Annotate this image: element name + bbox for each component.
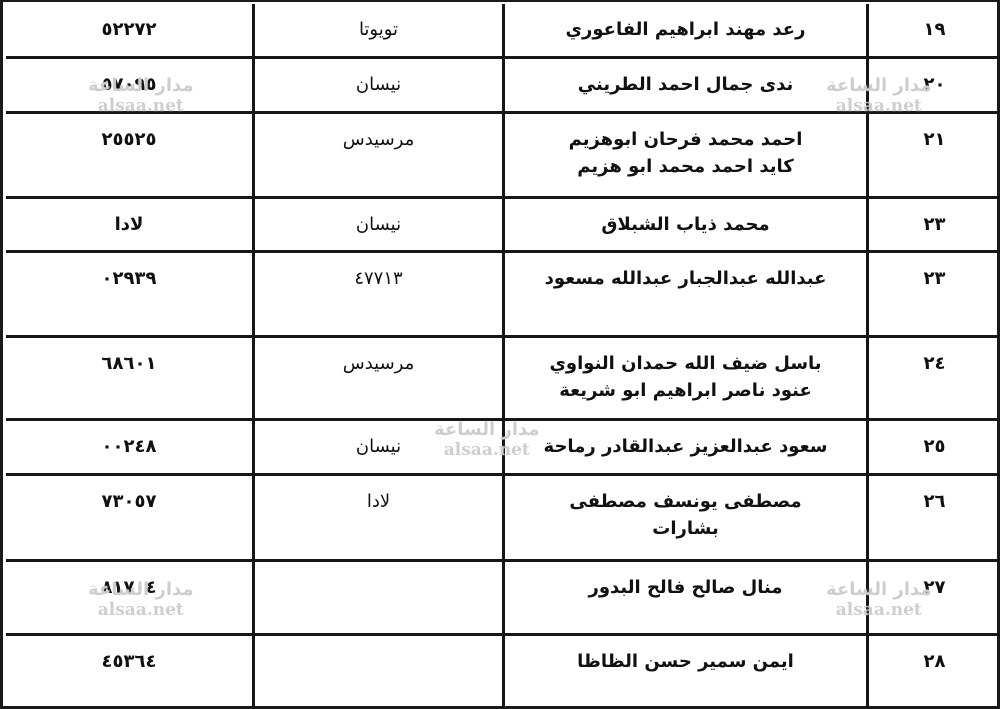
cell-number: ٢١ bbox=[868, 112, 1000, 197]
cell-number: ٢٦ bbox=[868, 474, 1000, 560]
cell-plate: ٨١٧٠٤ bbox=[6, 560, 254, 634]
cell-plate: ٧٣٠٥٧ bbox=[6, 474, 254, 560]
table-row: ٢١ احمد محمد فرحان ابوهزيم كايد احمد محم… bbox=[6, 112, 1000, 197]
cell-car-make: مرسيدس bbox=[254, 112, 504, 197]
table-row: ٢٤ باسل ضيف الله حمدان النواوي عنود ناصر… bbox=[6, 336, 1000, 419]
cell-name: ايمن سمير حسن الظاظا bbox=[504, 634, 868, 709]
cell-number: ٢٥ bbox=[868, 419, 1000, 474]
cell-car-make bbox=[254, 634, 504, 709]
cell-plate: ٦٨٦٠١ bbox=[6, 336, 254, 419]
name-line: باسل ضيف الله حمدان النواوي bbox=[505, 350, 866, 377]
cell-number: ٢٧ bbox=[868, 560, 1000, 634]
name-line: كايد احمد محمد ابو هزيم bbox=[505, 153, 866, 180]
table-row: ٢٦ مصطفى يونسف مصطفى بشارات لادا ٧٣٠٥٧ bbox=[6, 474, 1000, 560]
cell-name: عبدالله عبدالجبار عبدالله مسعود bbox=[504, 251, 868, 336]
cell-car-make bbox=[254, 560, 504, 634]
vehicle-roster-table: ١٩ رعد مهند ابراهيم الفاعوري تويوتا ٥٢٢٧… bbox=[6, 4, 1000, 709]
cell-name: سعود عبدالعزيز عبدالقادر رماحة bbox=[504, 419, 868, 474]
table-row: ٢٥ سعود عبدالعزيز عبدالقادر رماحة نيسان … bbox=[6, 419, 1000, 474]
cell-plate: ٤٥٣٦٤ bbox=[6, 634, 254, 709]
cell-car-make: مرسيدس bbox=[254, 336, 504, 419]
cell-number: ٢٤ bbox=[868, 336, 1000, 419]
cell-car-make: لادا bbox=[254, 474, 504, 560]
table-body: ١٩ رعد مهند ابراهيم الفاعوري تويوتا ٥٢٢٧… bbox=[6, 4, 1000, 709]
document-page: ١٩ رعد مهند ابراهيم الفاعوري تويوتا ٥٢٢٧… bbox=[0, 0, 1000, 709]
cell-car-make: تويوتا bbox=[254, 4, 504, 57]
name-line: سعود عبدالعزيز عبدالقادر رماحة bbox=[505, 433, 866, 460]
cell-car-make: نيسان bbox=[254, 57, 504, 112]
cell-name: باسل ضيف الله حمدان النواوي عنود ناصر اب… bbox=[504, 336, 868, 419]
table-row: ١٩ رعد مهند ابراهيم الفاعوري تويوتا ٥٢٢٧… bbox=[6, 4, 1000, 57]
cell-name: رعد مهند ابراهيم الفاعوري bbox=[504, 4, 868, 57]
cell-plate: ٥٢٢٧٢ bbox=[6, 4, 254, 57]
name-line: مصطفى يونسف مصطفى bbox=[505, 488, 866, 515]
cell-car-make: ٤٧٧١٣ bbox=[254, 251, 504, 336]
name-line: بشارات bbox=[505, 515, 866, 542]
name-line: احمد محمد فرحان ابوهزيم bbox=[505, 126, 866, 153]
name-line: محمد ذياب الشبلاق bbox=[505, 211, 866, 238]
cell-car-make: نيسان bbox=[254, 419, 504, 474]
table-row: ٢٠ ندى جمال احمد الطريني نيسان ٥٧٠٩٥ bbox=[6, 57, 1000, 112]
cell-number: ١٩ bbox=[868, 4, 1000, 57]
name-line: عنود ناصر ابراهيم ابو شريعة bbox=[505, 377, 866, 404]
table-row: ٢٨ ايمن سمير حسن الظاظا ٤٥٣٦٤ bbox=[6, 634, 1000, 709]
name-line: ايمن سمير حسن الظاظا bbox=[505, 648, 866, 675]
name-line: منال صالح فالح البدور bbox=[505, 574, 866, 601]
table-row: ٢٣ عبدالله عبدالجبار عبدالله مسعود ٤٧٧١٣… bbox=[6, 251, 1000, 336]
cell-number: ٢٣ bbox=[868, 197, 1000, 251]
cell-name: احمد محمد فرحان ابوهزيم كايد احمد محمد ا… bbox=[504, 112, 868, 197]
cell-plate: ٠٢٩٣٩ bbox=[6, 251, 254, 336]
cell-name: محمد ذياب الشبلاق bbox=[504, 197, 868, 251]
cell-number: ٢٠ bbox=[868, 57, 1000, 112]
name-line: عبدالله عبدالجبار عبدالله مسعود bbox=[505, 265, 866, 292]
cell-plate: ٠٠٢٤٨ bbox=[6, 419, 254, 474]
cell-name: منال صالح فالح البدور bbox=[504, 560, 868, 634]
cell-number: ٢٨ bbox=[868, 634, 1000, 709]
name-line: رعد مهند ابراهيم الفاعوري bbox=[505, 16, 866, 43]
cell-name: ندى جمال احمد الطريني bbox=[504, 57, 868, 112]
cell-number: ٢٣ bbox=[868, 251, 1000, 336]
cell-plate: ٢٥٥٢٥ bbox=[6, 112, 254, 197]
cell-car-make: نيسان bbox=[254, 197, 504, 251]
cell-plate: لادا bbox=[6, 197, 254, 251]
cell-plate: ٥٧٠٩٥ bbox=[6, 57, 254, 112]
cell-name: مصطفى يونسف مصطفى بشارات bbox=[504, 474, 868, 560]
name-line: ندى جمال احمد الطريني bbox=[505, 71, 866, 98]
table-row: ٢٧ منال صالح فالح البدور ٨١٧٠٤ bbox=[6, 560, 1000, 634]
table-row: ٢٣ محمد ذياب الشبلاق نيسان لادا bbox=[6, 197, 1000, 251]
